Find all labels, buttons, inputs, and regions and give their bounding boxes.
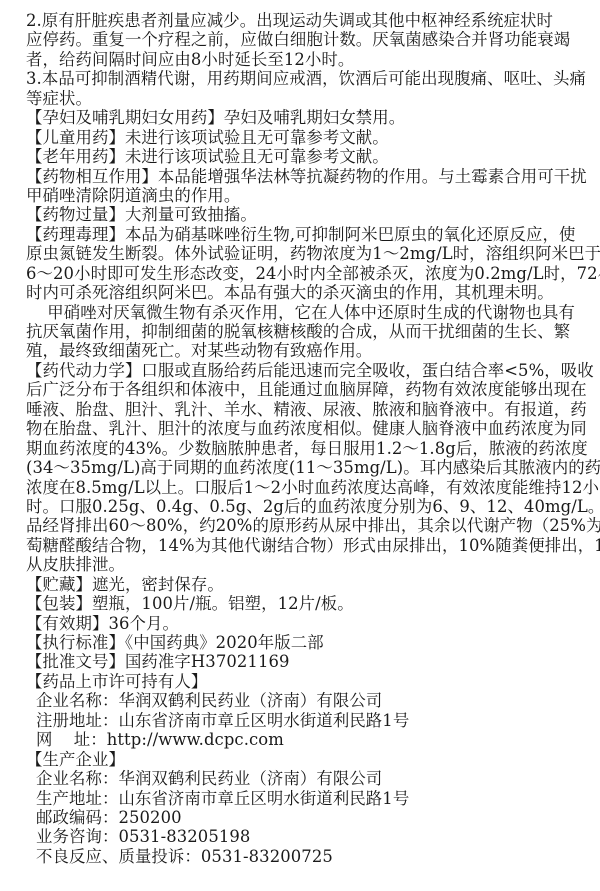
- section-pharmacokinetics: 【药代动力学】口服或直肠给药后能迅速而完全吸收，蛋白结合率<5%，吸收: [26, 361, 571, 380]
- text-line: (34～35mg/L)高于同期的血药浓度(11～35mg/L)。耳内感染后其脓液…: [26, 458, 571, 477]
- text-line: 时内可杀死溶组织阿米巴。本品有强大的杀灭滴虫的作用，其机理未明。: [26, 283, 571, 302]
- text-line: 殖，最终致细菌死亡。对某些动物有致癌作用。: [26, 341, 571, 360]
- text-line: 应停药。重复一个疗程之前，应做白细胞计数。厌氧菌感染合并肾功能衰竭: [26, 30, 571, 49]
- text-line: 品经肾排出60～80%，约20%的原形药从尿中排出，其余以代谢产物（25%为葡: [26, 516, 571, 535]
- mfr-complaint-row: 不良反应、质量投诉：0531-83200725: [26, 847, 571, 866]
- section-storage: 【贮藏】遮光，密封保存。: [26, 575, 571, 594]
- holder-website-label: 网 址：: [36, 730, 107, 749]
- section-package: 【包装】塑瓶，100片/瓶。铝塑，12片/板。: [26, 594, 571, 613]
- mfr-company-label: 企业名称：: [36, 769, 118, 788]
- holder-website: http://www.dcpc.com: [107, 730, 284, 749]
- text-line: 等症状。: [26, 89, 571, 108]
- mfr-address-label: 生产地址：: [36, 789, 118, 808]
- mfr-address: 山东省济南市章丘区明水街道利民路1号: [118, 789, 409, 808]
- holder-company-label: 企业名称：: [36, 691, 118, 710]
- mfr-postcode-row: 邮政编码：250200: [26, 808, 571, 827]
- mfr-consult-phone: 0531-83205198: [118, 827, 250, 846]
- section-pharmacology: 【药理毒理】本品为硝基咪唑衍生物,可抑制阿米巴原虫的氧化还原反应，使: [26, 225, 571, 244]
- holder-address: 山东省济南市章丘区明水街道利民路1号: [118, 711, 409, 730]
- mfr-company-row: 企业名称：华润双鹤利民药业（济南）有限公司: [26, 769, 571, 788]
- section-approval-number: 【批准文号】国药准字H37021169: [26, 652, 571, 671]
- text-line: 甲硝唑清除阴道滴虫的作用。: [26, 186, 571, 205]
- text-line: 从皮肤排泄。: [26, 555, 571, 574]
- section-pediatric: 【儿童用药】未进行该项试验且无可靠参考文献。: [26, 128, 571, 147]
- holder-address-label: 注册地址：: [36, 711, 118, 730]
- mfr-complaint-phone: 0531-83200725: [201, 847, 333, 866]
- text-line: 后广泛分布于各组织和体液中，且能通过血脑屏障，药物有效浓度能够出现在: [26, 380, 571, 399]
- text-line: 唾液、胎盘、胆汁、乳汁、羊水、精液、尿液、脓液和脑脊液中。有报道，药: [26, 400, 571, 419]
- section-license-holder: 【药品上市许可持有人】: [26, 672, 571, 691]
- text-line: 浓度在8.5mg/L以上。口服后1～2小时血药浓度达高峰，有效浓度能维持12小: [26, 478, 571, 497]
- text-line: 原虫氮链发生断裂。体外试验证明，药物浓度为1～2mg/L时，溶组织阿米巴于: [26, 244, 571, 263]
- text-line: 6～20小时即可发生形态改变，24小时内全部被杀灭，浓度为0.2mg/L时，72…: [26, 264, 571, 283]
- section-geriatric: 【老年用药】未进行该项试验且无可靠参考文献。: [26, 147, 571, 166]
- text-line: 3.本品可抑制酒精代谢，用药期间应戒酒，饮酒后可能出现腹痛、呕吐、头痛: [26, 69, 571, 88]
- mfr-consult-label: 业务咨询：: [36, 827, 118, 846]
- section-shelf-life: 【有效期】36个月。: [26, 614, 571, 633]
- section-manufacturer: 【生产企业】: [26, 750, 571, 769]
- mfr-company: 华润双鹤利民药业（济南）有限公司: [118, 769, 382, 788]
- mfr-consult-row: 业务咨询：0531-83205198: [26, 827, 571, 846]
- mfr-address-row: 生产地址：山东省济南市章丘区明水街道利民路1号: [26, 789, 571, 808]
- text-line: 者，给药间隔时间应由8小时延长至12小时。: [26, 50, 571, 69]
- section-standard: 【执行标准】《中国药典》2020年版二部: [26, 633, 571, 652]
- text-line: 抗厌氧菌作用，抑制细菌的脱氧核糖核酸的合成，从而干扰细菌的生长、繁: [26, 322, 571, 341]
- text-line: 时。口服0.25g、0.4g、0.5g、2g后的血药浓度分别为6、9、12、40…: [26, 497, 571, 516]
- text-line: 物在胎盘、乳汁、胆汁的浓度与血药浓度相似。健康人脑脊液中血药浓度为同: [26, 419, 571, 438]
- mfr-postcode: 250200: [118, 808, 181, 827]
- mfr-complaint-label: 不良反应、质量投诉：: [36, 847, 201, 866]
- drug-leaflet-text: 2.原有肝脏疾患者剂量应减少。出现运动失调或其他中枢神经系统症状时 应停药。重复…: [26, 11, 571, 866]
- text-line: 期血药浓度的43%。少数脑脓肿患者，每日服用1.2～1.8g后，脓液的药浓度: [26, 439, 571, 458]
- holder-company-row: 企业名称：华润双鹤利民药业（济南）有限公司: [26, 691, 571, 710]
- section-interactions: 【药物相互作用】本品能增强华法林等抗凝药物的作用。与土霉素合用可干扰: [26, 167, 571, 186]
- text-line: 2.原有肝脏疾患者剂量应减少。出现运动失调或其他中枢神经系统症状时: [26, 11, 571, 30]
- holder-website-row: 网 址：http://www.dcpc.com: [26, 730, 571, 749]
- mfr-postcode-label: 邮政编码：: [36, 808, 118, 827]
- text-line: 萄糖醛酸结合物，14%为其他代谢结合物）形式由尿排出，10%随粪便排出，14%: [26, 536, 571, 555]
- text-line: 甲硝唑对厌氧微生物有杀灭作用，它在人体中还原时生成的代谢物也具有: [26, 303, 571, 322]
- section-overdose: 【药物过量】大剂量可致抽搐。: [26, 205, 571, 224]
- holder-company: 华润双鹤利民药业（济南）有限公司: [118, 691, 382, 710]
- section-pregnancy: 【孕妇及哺乳期妇女用药】孕妇及哺乳期妇女禁用。: [26, 108, 571, 127]
- holder-address-row: 注册地址：山东省济南市章丘区明水街道利民路1号: [26, 711, 571, 730]
